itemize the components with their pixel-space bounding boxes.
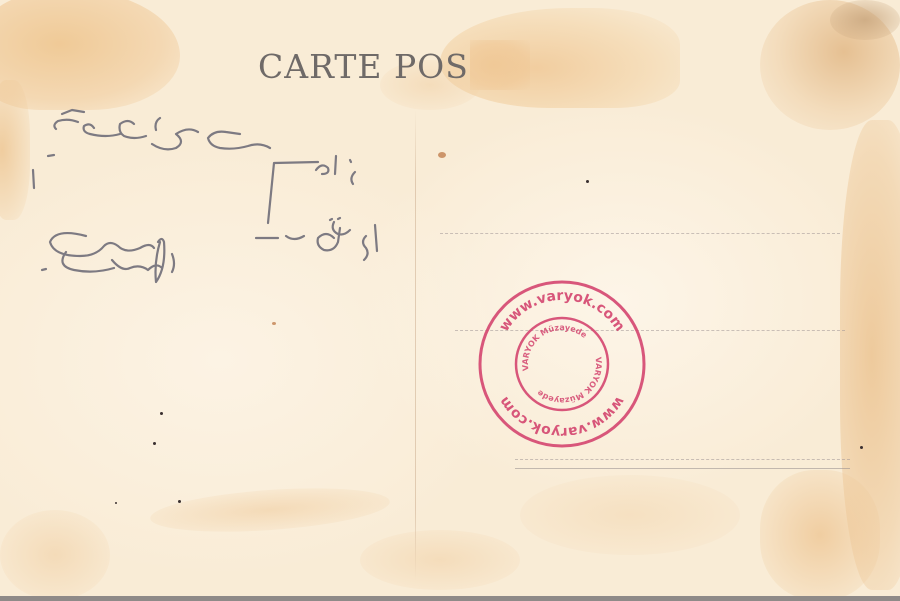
postcard-header: CARTE POS <box>258 47 469 86</box>
stain <box>149 482 391 539</box>
postcard-back: CARTE POS <box>0 0 900 601</box>
stain <box>0 510 110 600</box>
foxing-spot <box>586 180 589 183</box>
foxing-spot <box>178 500 181 503</box>
address-line <box>515 459 850 460</box>
stain <box>760 470 880 600</box>
stain <box>760 0 900 130</box>
scan-edge <box>0 596 900 601</box>
address-line <box>515 468 850 469</box>
foxing-spot <box>860 446 863 449</box>
handwritten-note <box>0 0 900 601</box>
foxing-spot <box>153 442 156 445</box>
foxing-spot <box>438 152 446 158</box>
auction-house-stamp: www.varyok.com www.varyok.com VARYOK Müz… <box>476 278 648 450</box>
stain <box>0 0 180 110</box>
foxing-spot <box>272 322 276 325</box>
stain <box>830 0 900 40</box>
stain <box>520 475 740 555</box>
stain <box>840 120 900 590</box>
stain <box>470 40 530 90</box>
foxing-spot <box>160 412 163 415</box>
foxing-spot <box>115 502 117 504</box>
address-line <box>440 233 840 234</box>
center-divider <box>415 110 416 580</box>
stain <box>0 80 30 220</box>
stain <box>360 530 520 590</box>
